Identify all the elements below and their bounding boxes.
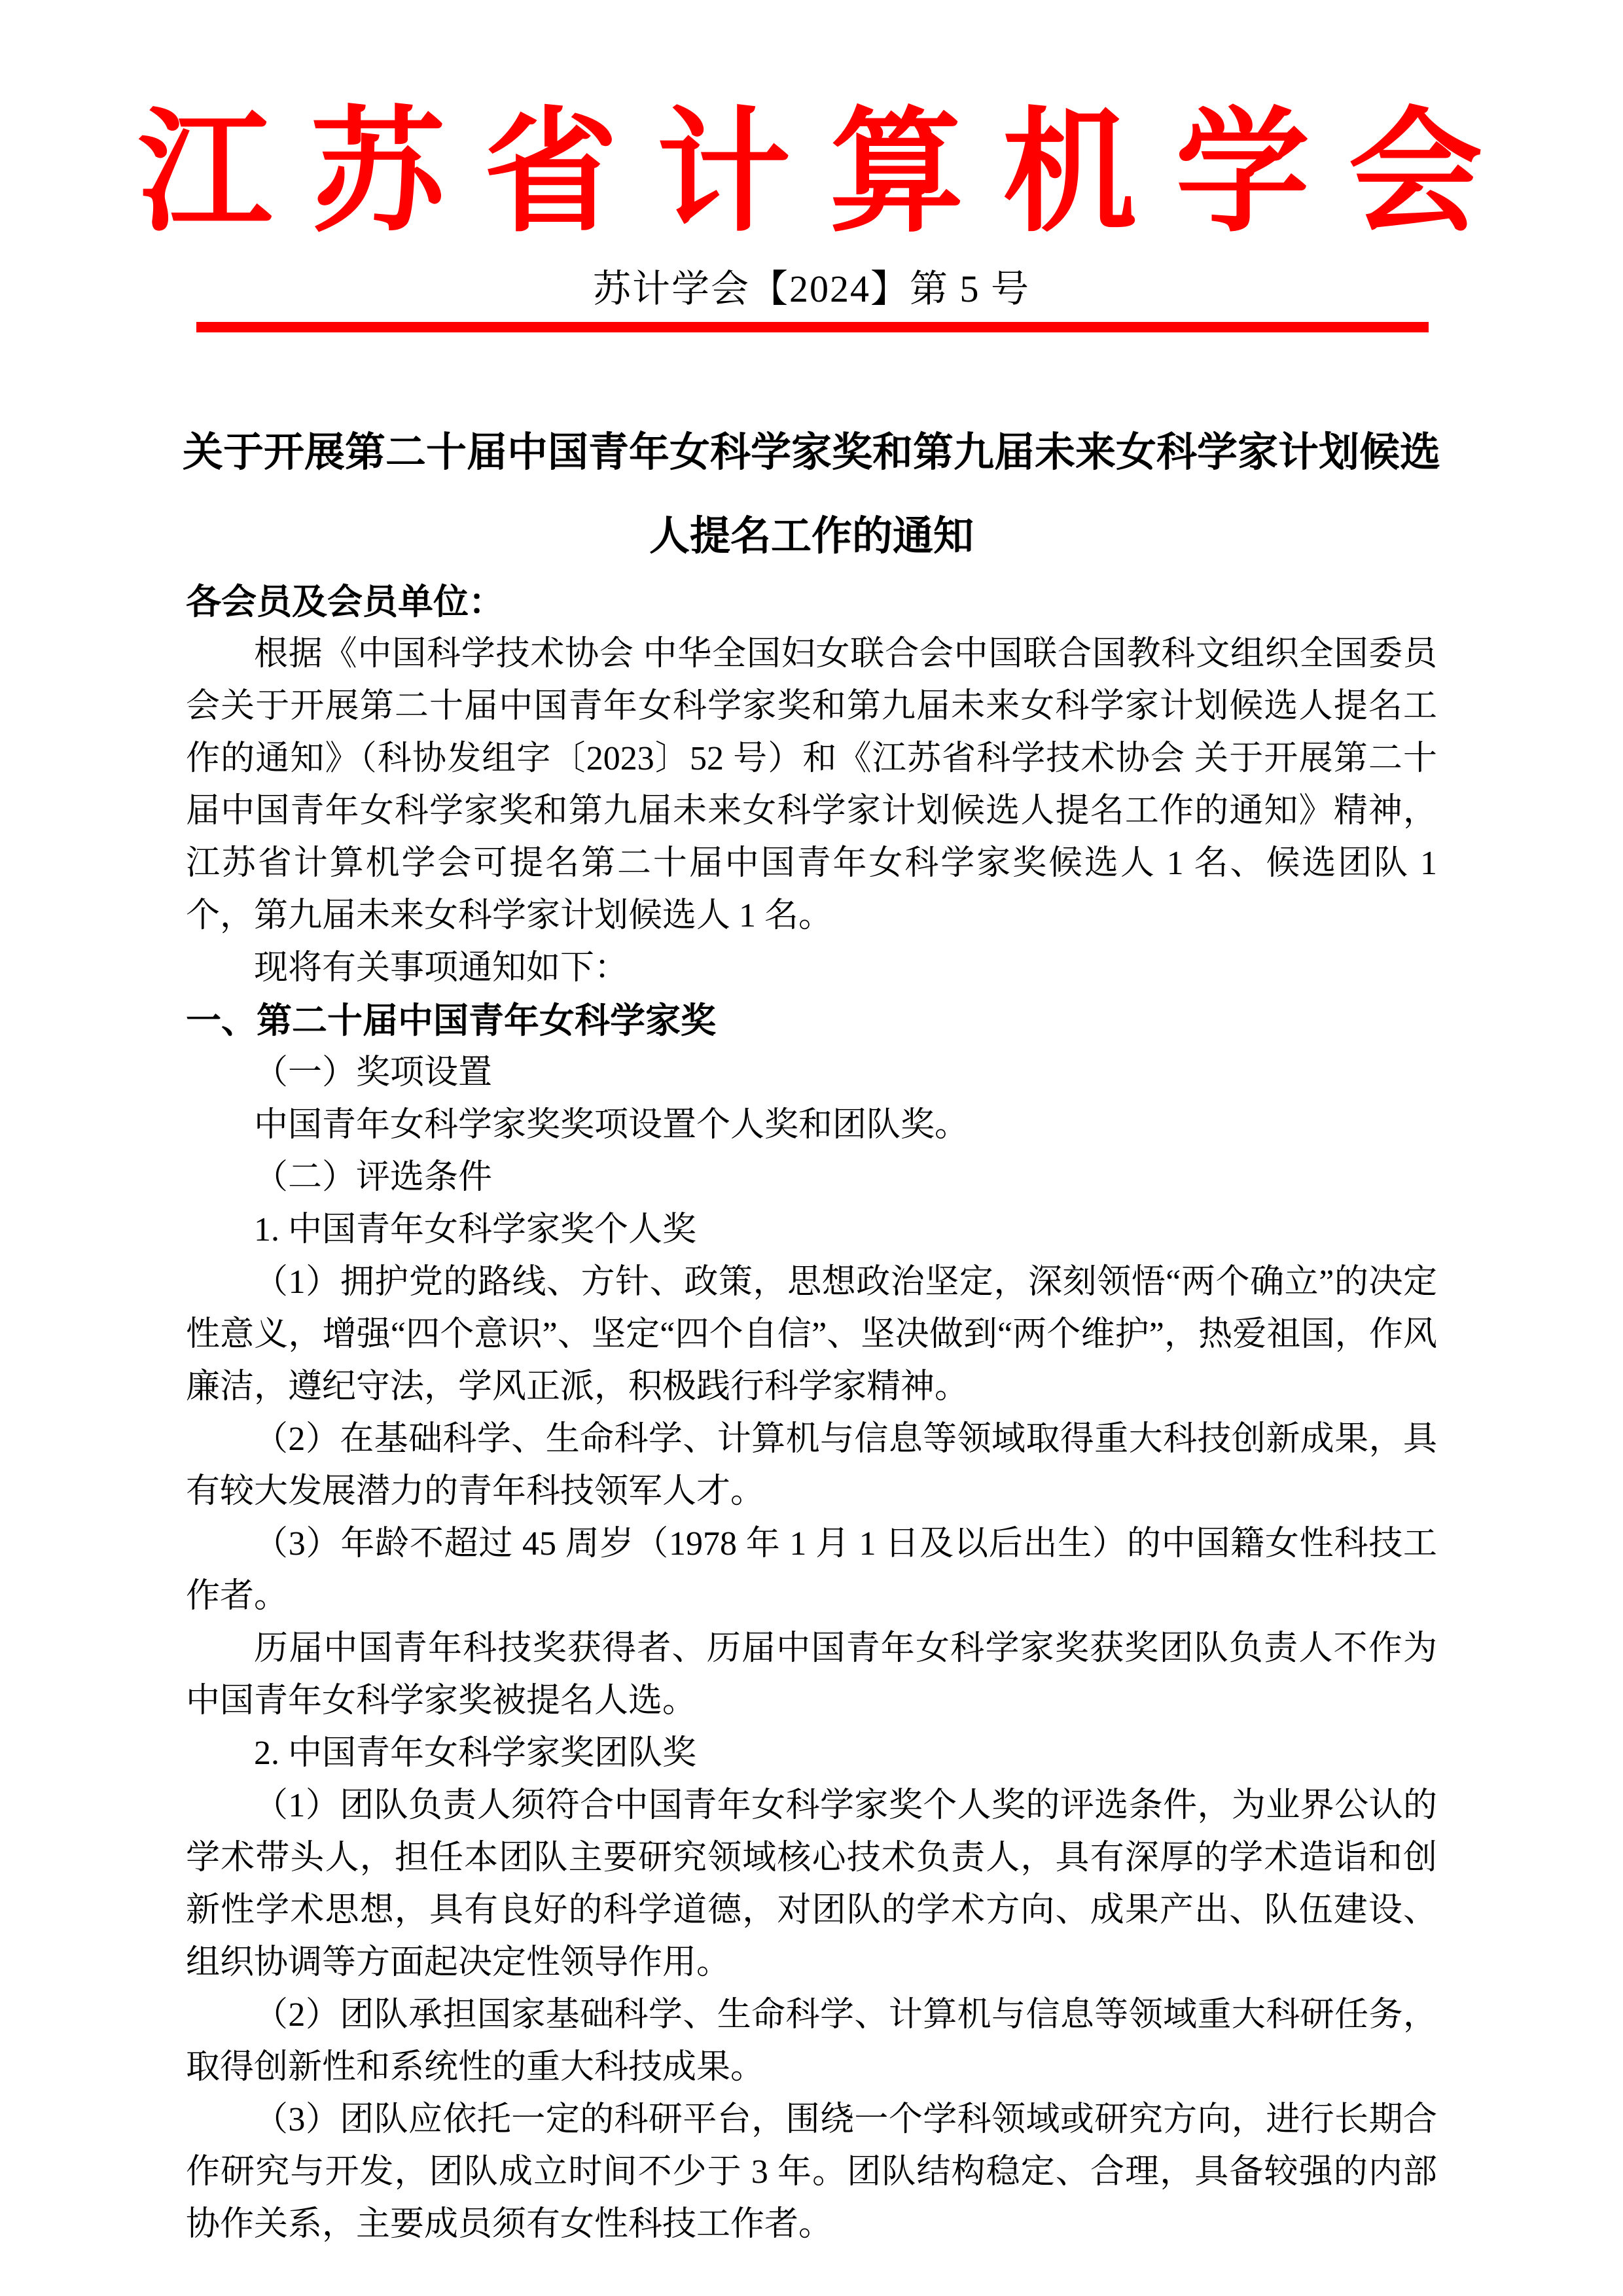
paragraph-team-criterion-1: （1）团队负责人须符合中国青年女科学家奖个人奖的评选条件，为业界公认的学术带头人… xyxy=(186,1780,1437,1989)
paragraph-basis: 根据《中国科学技术协会 中华全国妇女联合会中国联合国教科文组织全国委员会关于开展… xyxy=(186,628,1437,942)
paragraph-team-criterion-2: （2）团队承担国家基础科学、生命科学、计算机与信息等领域重大科研任务，取得创新性… xyxy=(186,1989,1437,2094)
document-title-line-1: 关于开展第二十届中国青年女科学家奖和第九届未来女科学家计划候选 xyxy=(0,411,1623,495)
section-heading-1: 一、第二十届中国青年女科学家奖 xyxy=(186,995,1437,1047)
salutation: 各会员及会员单位： xyxy=(186,576,1437,628)
document-title-line-2: 人提名工作的通知 xyxy=(0,495,1623,578)
item-heading-individual-award: 1. 中国青年女科学家奖个人奖 xyxy=(186,1204,1437,1256)
letterhead-divider-rule xyxy=(196,322,1429,332)
paragraph-exclusion-note: 历届中国青年科技奖获得者、历届中国青年女科学家奖获奖团队负责人不作为中国青年女科… xyxy=(186,1623,1437,1727)
paragraph-notice-lead-in: 现将有关事项通知如下： xyxy=(186,942,1437,995)
paragraph-individual-criterion-1: （1）拥护党的路线、方针、政策，思想政治坚定，深刻领悟“两个确立”的决定性意义，… xyxy=(186,1256,1437,1413)
paragraph-individual-criterion-3: （3）年龄不超过 45 周岁（1978 年 1 月 1 日及以后出生）的中国籍女… xyxy=(186,1518,1437,1623)
document-title: 关于开展第二十届中国青年女科学家奖和第九届未来女科学家计划候选 人提名工作的通知 xyxy=(0,411,1623,578)
document-body: 各会员及会员单位： 根据《中国科学技术协会 中华全国妇女联合会中国联合国教科文组… xyxy=(186,576,1437,2251)
item-heading-team-award: 2. 中国青年女科学家奖团队奖 xyxy=(186,1727,1437,1780)
document-page: 江 苏 省 计 算 机 学 会 苏计学会【2024】第 5 号 关于开展第二十届… xyxy=(0,0,1623,2296)
paragraph-award-setup: 中国青年女科学家奖奖项设置个人奖和团队奖。 xyxy=(186,1099,1437,1152)
subsection-heading-criteria: （二）评选条件 xyxy=(186,1152,1437,1204)
paragraph-individual-criterion-2: （2）在基础科学、生命科学、计算机与信息等领域取得重大科技创新成果，具有较大发展… xyxy=(186,1413,1437,1518)
doc-number: 苏计学会【2024】第 5 号 xyxy=(0,263,1623,315)
paragraph-team-criterion-3: （3）团队应依托一定的科研平台，围绕一个学科领域或研究方向，进行长期合作研究与开… xyxy=(186,2094,1437,2251)
subsection-heading-award-setup: （一）奖项设置 xyxy=(186,1047,1437,1099)
org-masthead-title: 江 苏 省 计 算 机 学 会 xyxy=(0,97,1623,251)
